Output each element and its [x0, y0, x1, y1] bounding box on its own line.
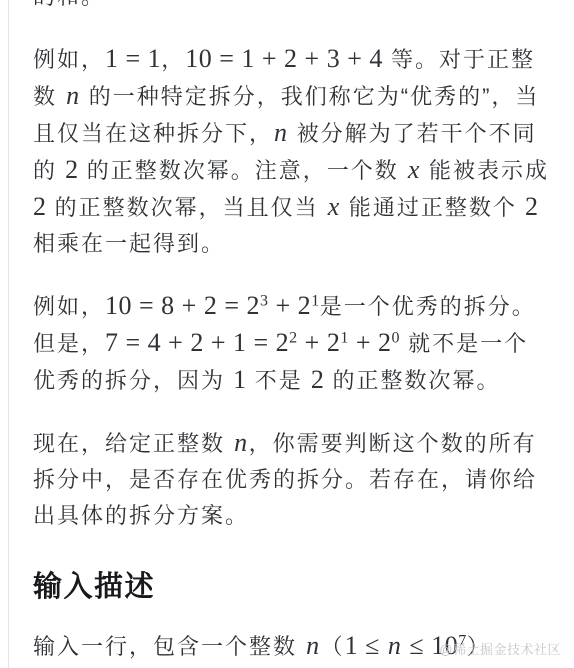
problem-description: 的和。 例如，1 = 1，10 = 1 + 2 + 3 + 4 等。对于正整数 … — [33, 0, 550, 665]
paragraph-definition: 例如，1 = 1，10 = 1 + 2 + 3 + 4 等。对于正整数 n 的一… — [33, 41, 550, 262]
paragraph-partial-top: 的和。 — [33, 0, 550, 15]
problem-statement-page: 的和。 例如，1 = 1，10 = 1 + 2 + 3 + 4 等。对于正整数 … — [0, 0, 574, 668]
section-heading-input-description: 输入描述 — [33, 568, 550, 606]
paragraph-task: 现在，给定正整数 n，你需要判断这个数的所有拆分中，是否存在优秀的拆分。若存在，… — [33, 425, 550, 534]
watermark-juejin: @稀土掘金技术社区 — [439, 639, 561, 658]
paragraph-examples: 例如，10 = 8 + 2 = 23 + 21是一个优秀的拆分。但是，7 = 4… — [33, 288, 550, 399]
left-divider — [8, 0, 9, 668]
